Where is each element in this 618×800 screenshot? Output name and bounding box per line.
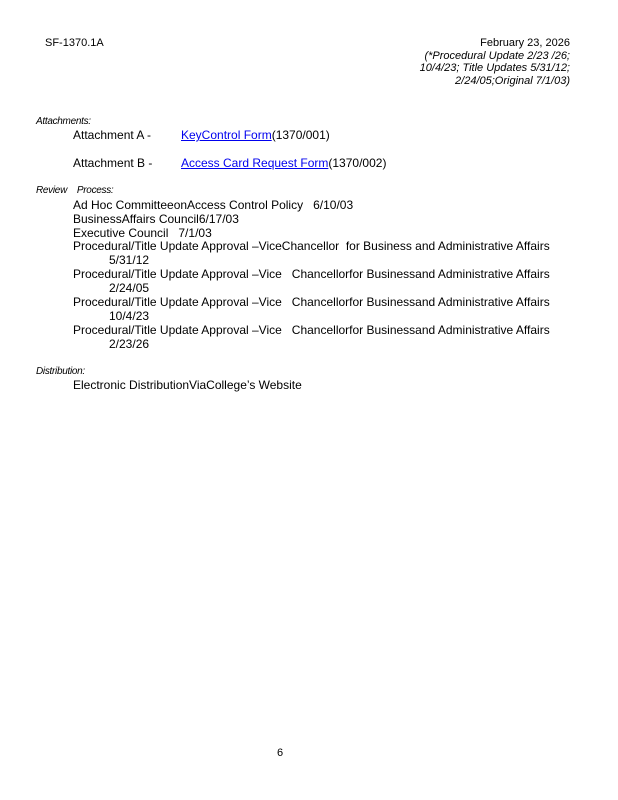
review-item: Procedural/Title Update Approval –Vice C… xyxy=(73,295,550,309)
attachments-label: Attachments: xyxy=(36,116,91,127)
review-item-date: 2/24/05 xyxy=(109,281,149,295)
revision-header: February 23, 2026 (*Procedural Update 2/… xyxy=(420,37,570,87)
distribution-label: Distribution: xyxy=(36,366,85,377)
review-item: BusinessAffairs Council6/17/03 xyxy=(73,212,239,226)
attachment-a: KeyControl Form(1370/001) xyxy=(181,128,330,142)
access-card-request-form-link[interactable]: Access Card Request Form xyxy=(181,156,328,170)
review-item-date: 2/23/26 xyxy=(109,337,149,351)
review-item: Ad Hoc CommitteeonAccess Control Policy … xyxy=(73,198,353,212)
attachment-b: Access Card Request Form(1370/002) xyxy=(181,156,386,170)
review-process-label: Review Process: xyxy=(36,185,113,196)
review-item-date: 10/4/23 xyxy=(109,309,149,323)
attachment-b-label: Attachment B - xyxy=(73,156,152,170)
revision-line: 10/4/23; Title Updates 5/31/12; xyxy=(420,62,570,75)
attachment-a-code: (1370/001) xyxy=(272,128,330,142)
key-control-form-link[interactable]: KeyControl Form xyxy=(181,128,272,142)
page-number: 6 xyxy=(277,747,283,759)
revision-line: 2/24/05;Original 7/1/03) xyxy=(420,75,570,88)
document-id: SF-1370.1A xyxy=(45,37,104,49)
attachment-a-label: Attachment A - xyxy=(73,128,151,142)
distribution-text: Electronic DistributionViaCollege’s Webs… xyxy=(73,378,302,392)
revision-line: (*Procedural Update 2/23 /26; xyxy=(420,50,570,63)
review-item: Procedural/Title Update Approval –Vice C… xyxy=(73,323,550,337)
attachment-b-code: (1370/002) xyxy=(328,156,386,170)
review-item: Executive Council 7/1/03 xyxy=(73,226,212,240)
document-date: February 23, 2026 xyxy=(420,37,570,50)
review-item-date: 5/31/12 xyxy=(109,253,149,267)
review-item: Procedural/Title Update Approval –ViceCh… xyxy=(73,239,550,253)
review-item: Procedural/Title Update Approval –Vice C… xyxy=(73,267,550,281)
